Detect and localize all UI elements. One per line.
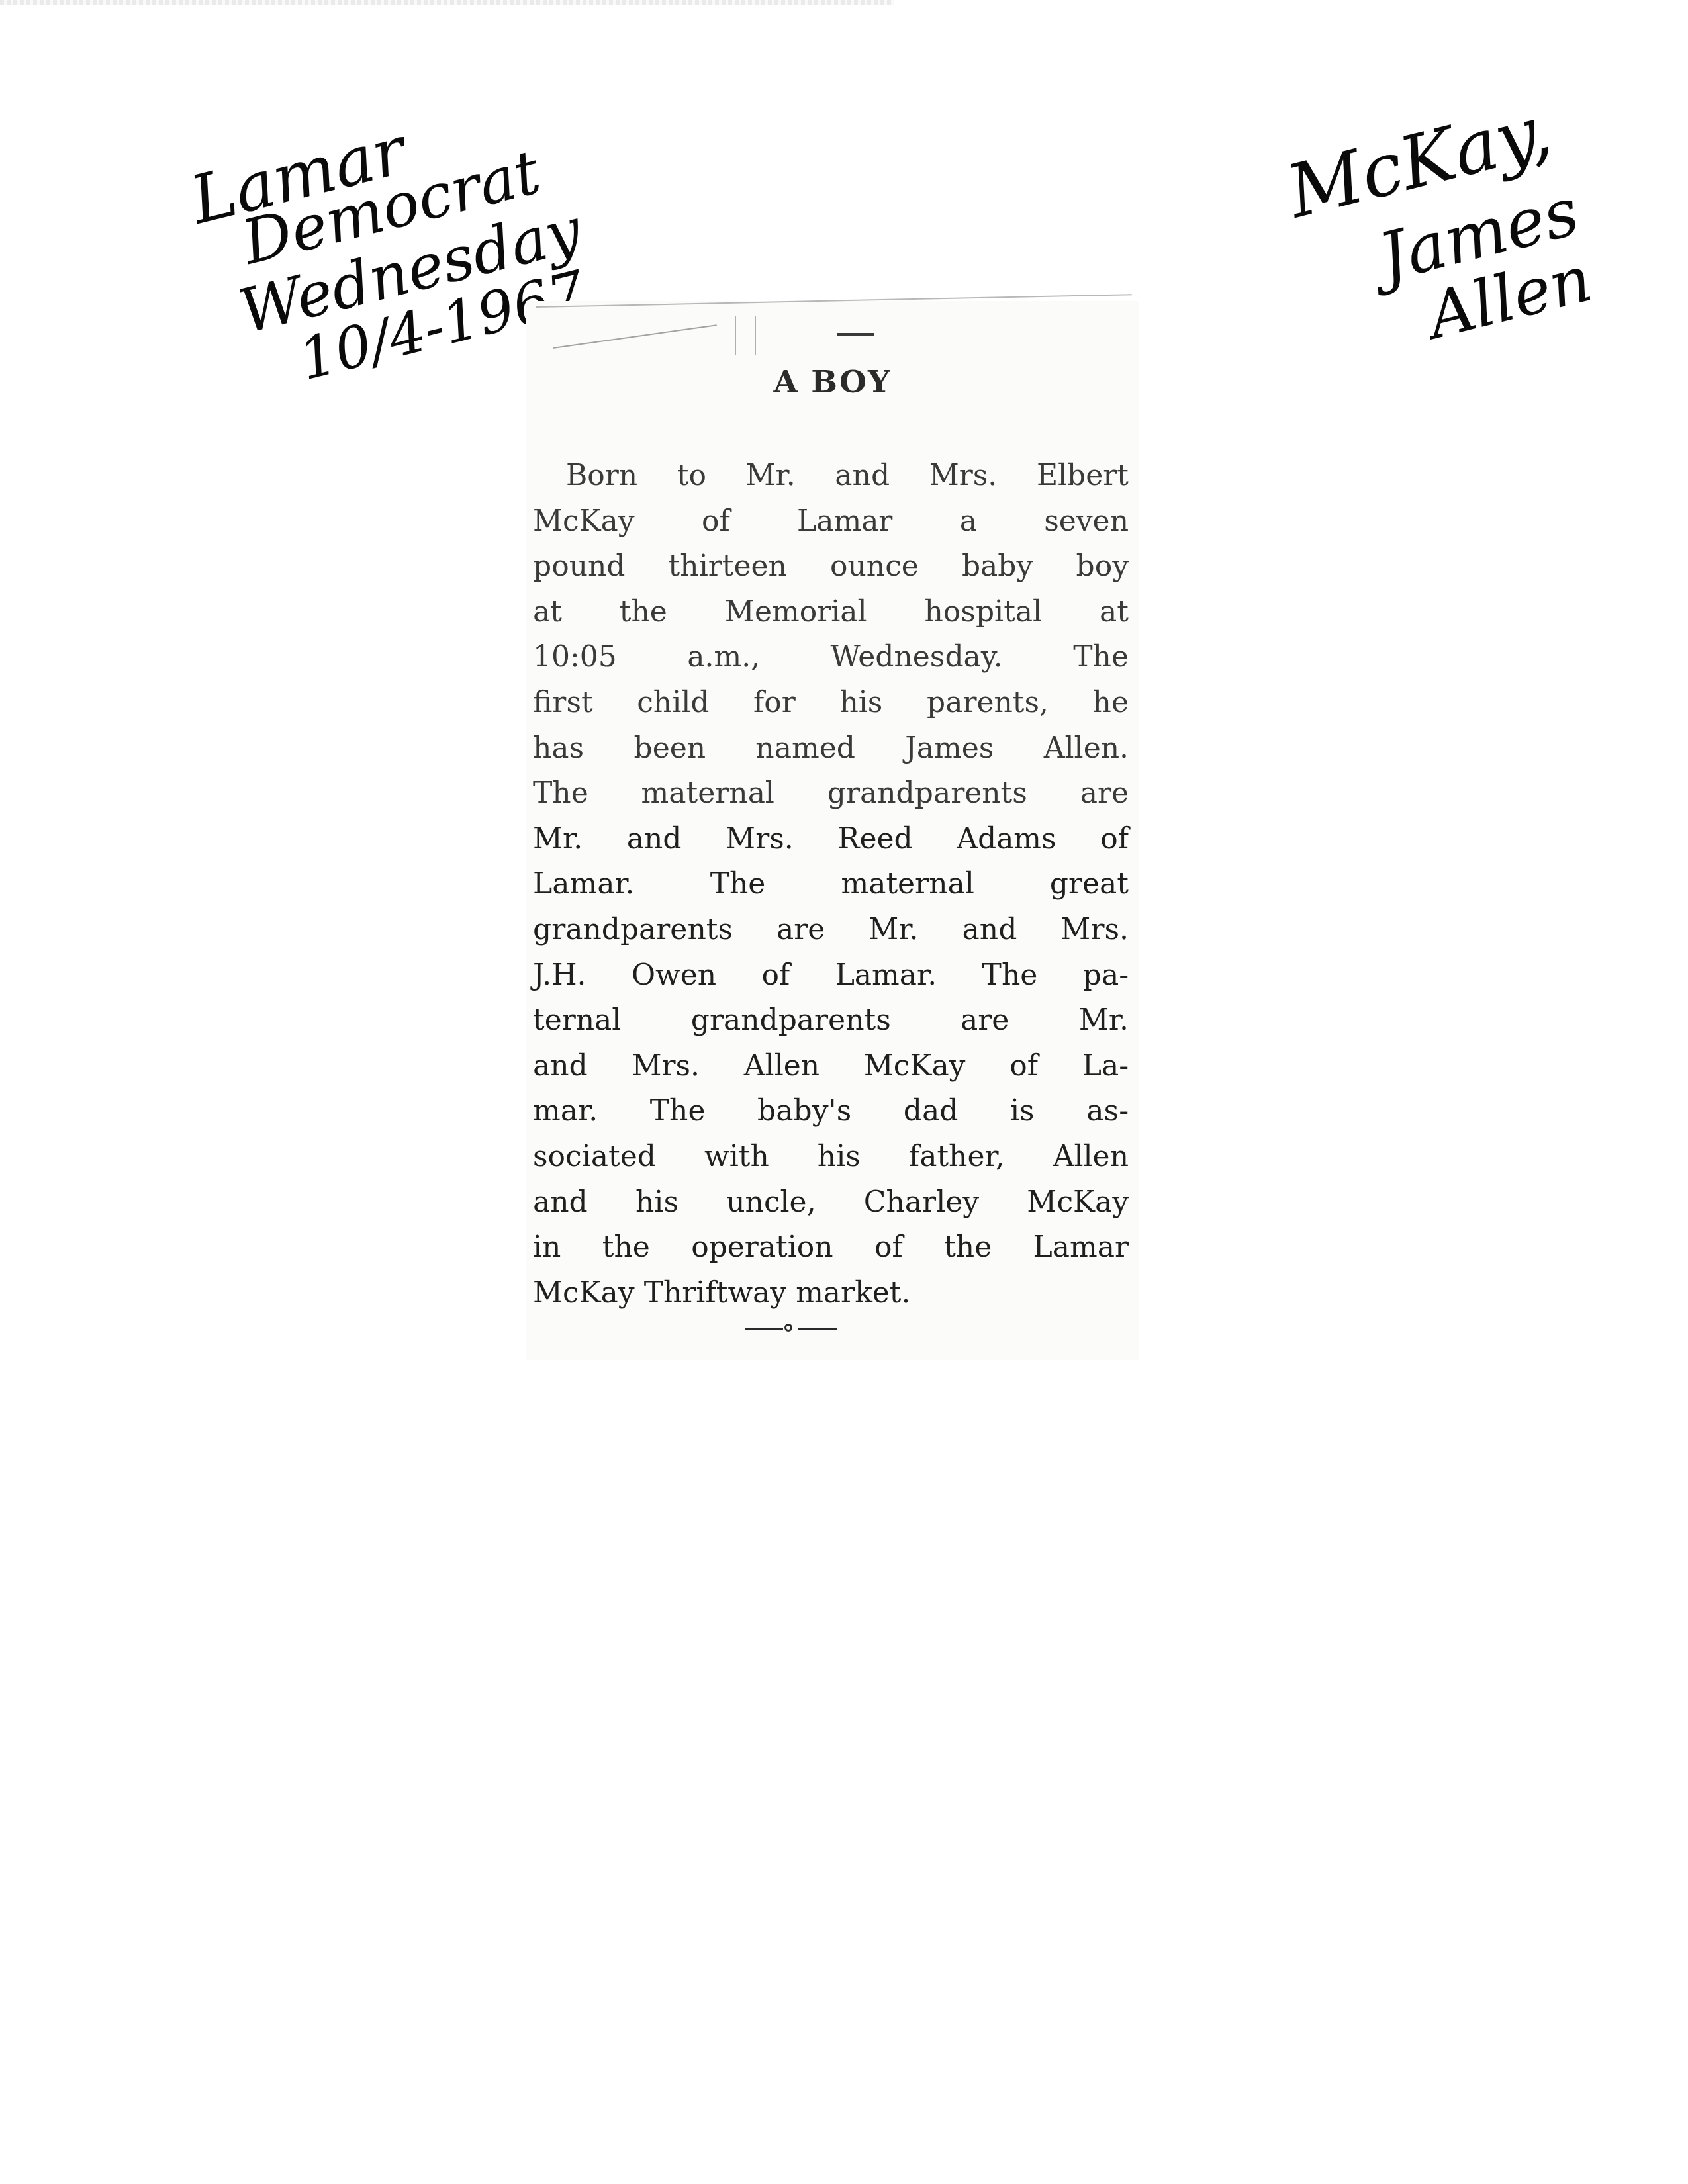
article-line: and Mrs. Allen McKay of La- [533, 1044, 1129, 1089]
article-line: The maternal grandparents are [533, 771, 1129, 817]
scan-artifact [0, 0, 894, 5]
article-line: and his uncle, Charley McKay [533, 1180, 1129, 1226]
article-body: Born to Mr. and Mrs. Elbert McKay of Lam… [533, 453, 1129, 1316]
clipping-crease [735, 316, 736, 355]
clipping-rule [837, 333, 874, 336]
clipping-fold-line [553, 324, 717, 349]
article-line: J.H. Owen of Lamar. The pa- [533, 953, 1129, 999]
article-line: sociated with his father, Allen [533, 1134, 1129, 1180]
article-line: McKay Thriftway market. [533, 1271, 1129, 1316]
article-line: has been named James Allen. [533, 726, 1129, 772]
article-line: at the Memorial hospital at [533, 590, 1129, 635]
newspaper-clipping: A BOY Born to Mr. and Mrs. Elbert McKay … [526, 301, 1139, 1360]
article-line: grandparents are Mr. and Mrs. [533, 907, 1129, 953]
article-line: mar. The baby's dad is as- [533, 1089, 1129, 1134]
article-line: ternal grandparents are Mr. [533, 998, 1129, 1044]
clipping-crease [755, 316, 756, 355]
article-line: McKay of Lamar a seven [533, 499, 1129, 545]
article-line: pound thirteen ounce baby boy [533, 544, 1129, 590]
article-line: Born to Mr. and Mrs. Elbert [533, 453, 1129, 499]
article-line: in the operation of the Lamar [533, 1225, 1129, 1271]
article-line: Lamar. The maternal great [533, 862, 1129, 907]
article-line: 10:05 a.m., Wednesday. The [533, 635, 1129, 680]
end-of-article-ornament-icon [745, 1324, 837, 1333]
article-line: first child for his parents, he [533, 680, 1129, 726]
article-headline: A BOY [526, 364, 1139, 400]
handwritten-subject-name: McKay, James Allen [1274, 49, 1669, 377]
article-line: Mr. and Mrs. Reed Adams of [533, 817, 1129, 862]
clipping-cut-edge [536, 294, 1132, 308]
